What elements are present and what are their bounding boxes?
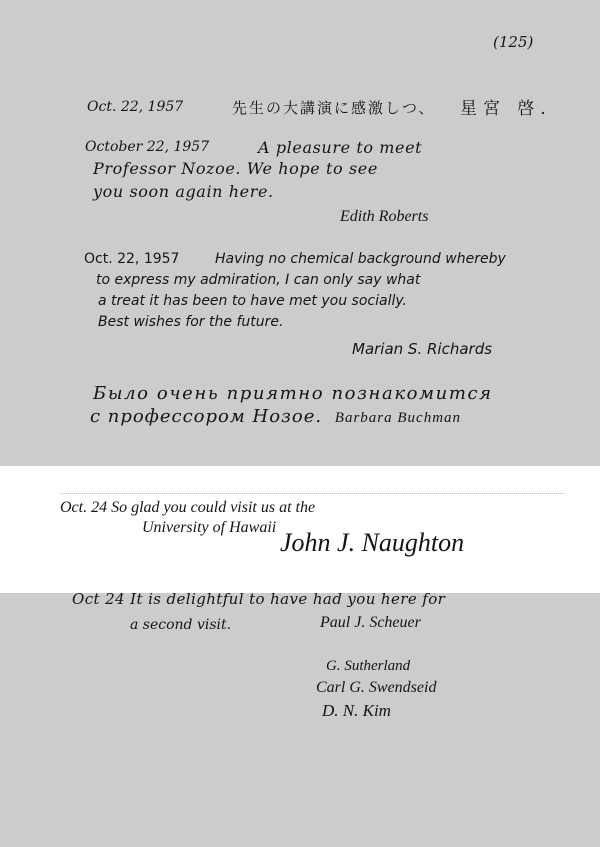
signature: Carl G. Swendseid	[316, 680, 436, 696]
signature: G. Sutherland	[326, 659, 410, 674]
page-number: (125)	[493, 35, 533, 50]
entry-line: Oct. 24 So glad you could visit us at th…	[60, 500, 315, 516]
entry-signature: 星宮 啓.	[460, 101, 552, 118]
entry-line: A pleasure to meet	[258, 140, 422, 156]
entry-signature: Paul J. Scheuer	[320, 615, 421, 631]
entry-signature: Marian S. Richards	[352, 342, 492, 357]
entry-text: 先生の大講演に感激しつ、	[232, 101, 435, 116]
entry-line: Best wishes for the future.	[98, 315, 283, 329]
entry-line: to express my admiration, I can only say…	[96, 273, 420, 287]
entry-line: University of Hawaii	[142, 520, 276, 536]
entry-signature: John J. Naughton	[280, 530, 464, 556]
entry-text: с профессором Нозое.	[90, 406, 322, 427]
faint-dotted-rule	[60, 493, 565, 494]
entry-line: Было очень приятно познакомится	[93, 385, 493, 403]
entry-date: Oct. 22, 1957	[84, 252, 179, 266]
entry-date: October 22, 1957	[85, 140, 209, 154]
entry-signature: Edith Roberts	[340, 209, 428, 225]
entry-line: a treat it has been to have met you soci…	[98, 294, 407, 308]
entry-line: Professor Nozoe. We hope to see	[93, 161, 378, 177]
document-page: (125) Oct. 22, 1957 先生の大講演に感激しつ、 星宮 啓. O…	[0, 0, 600, 847]
entry-line: a second visit.	[130, 618, 231, 632]
entry-line: Having no chemical background whereby	[215, 252, 506, 266]
entry-line: с профессором Нозое. Barbara Buchman	[90, 408, 461, 426]
entry-signature: Barbara Buchman	[335, 410, 461, 426]
entry-line: you soon again here.	[93, 184, 274, 200]
entry-line: Oct 24 It is delightful to have had you …	[72, 592, 445, 607]
entry-date: Oct. 22, 1957	[87, 100, 183, 114]
signature: D. N. Kim	[322, 702, 391, 719]
